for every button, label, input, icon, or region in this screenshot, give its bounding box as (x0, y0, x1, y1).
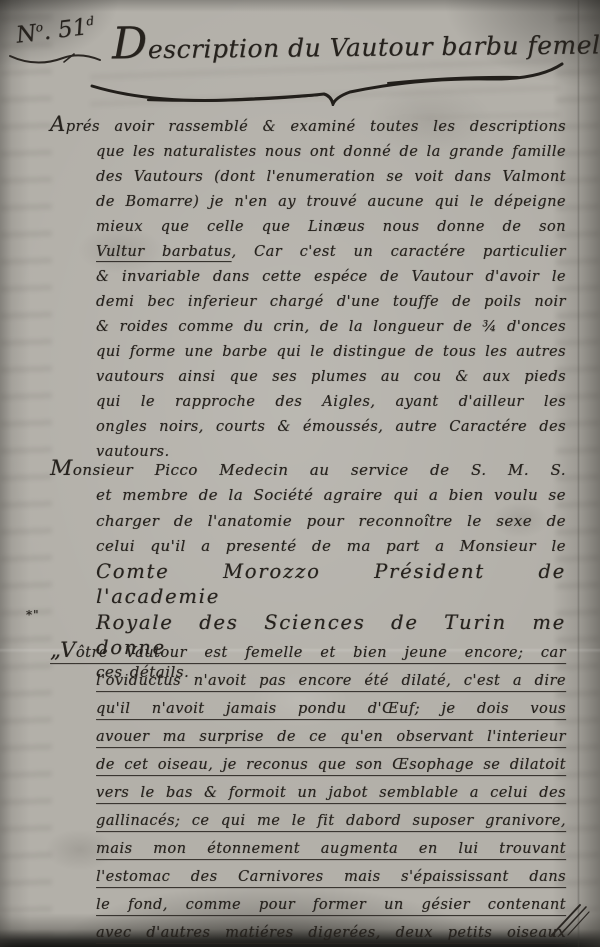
folio-number: No. 51d (15, 13, 97, 48)
manuscript-line: demi bec inferieur chargé d'une touffe d… (50, 290, 566, 315)
manuscript-line: Comte Morozzo Président de l'academie (50, 559, 566, 610)
manuscript-line: ongles noirs, courts & émoussés, autre C… (50, 415, 566, 440)
manuscript-line: avouer ma surprise de ce qu'en observant… (50, 723, 566, 751)
verso-showthrough-left (0, 0, 52, 947)
manuscript-line: Monsieur Picco Medecin au service de S. … (50, 456, 566, 483)
manuscript-line: avec d'autres matiéres digerées, deux pe… (50, 919, 566, 947)
manuscript-line: le fond, comme pour former un gésier con… (50, 891, 566, 919)
manuscript-line: et membre de la Société agraire qui a bi… (50, 483, 566, 508)
manuscript-line: gallinacés; ce qui me le fit dabord supo… (50, 807, 566, 835)
manuscript-line: mais mon étonnement augmenta en lui trou… (50, 835, 566, 863)
margin-annotation-mark: *" (26, 608, 40, 622)
manuscript-line: des Vautours (dont l'enumeration se voit… (50, 165, 566, 190)
manuscript-line: vautours ainsi que ses plumes au cou & a… (50, 365, 566, 390)
manuscript-line: celui qu'il a presenté de ma part a Mons… (50, 534, 566, 559)
manuscript-line: que les naturalistes nous ont donné de l… (50, 140, 566, 165)
underlined-binomial: Vultur barbatus (96, 244, 231, 260)
triple-slash-flourish-icon (546, 901, 590, 937)
manuscript-line: & roides comme du crin, de la longueur d… (50, 315, 566, 340)
manuscript-line: mieux que celle que Linæus nous donne de… (50, 215, 566, 240)
manuscript-line: qu'il n'avoit jamais pondu d'Œuf; je doi… (50, 695, 566, 723)
page-crease (578, 0, 579, 947)
calligraphic-brace-icon (88, 56, 568, 106)
manuscript-line: charger de l'anatomie pour reconnoître l… (50, 509, 566, 534)
manuscript-line: qui forme une barbe qui le distingue de … (50, 340, 566, 365)
manuscript-line: l'oviductus n'avoit pas encore été dilat… (50, 667, 566, 695)
manuscript-page: No. 51d Description du Vautour barbu fem… (0, 0, 600, 947)
manuscript-line: & invariable dans cette espéce de Vautou… (50, 265, 566, 290)
manuscript-line-binomial: Vultur barbatus, Car c'est un caractére … (50, 240, 566, 265)
manuscript-line: „Vôtre Vautour est femelle et bien jeune… (50, 636, 566, 667)
paragraph-description: Aprés avoir rassemblé & examiné toutes l… (50, 111, 566, 465)
manuscript-line: Aprés avoir rassemblé & examiné toutes l… (50, 111, 566, 140)
manuscript-line: l'estomac des Carnivores mais s'épaissis… (50, 863, 566, 891)
manuscript-line: qui le rapproche des Aigles, ayant d'ail… (50, 390, 566, 415)
manuscript-line: de Bomarre) je n'en ay trouvé aucune qui… (50, 190, 566, 215)
paragraph-quotation: „Vôtre Vautour est femelle et bien jeune… (50, 636, 566, 947)
manuscript-line: vers le bas & formoit un jabot semblable… (50, 779, 566, 807)
manuscript-line: de cet oiseau, je reconus que son Œsopha… (50, 751, 566, 779)
